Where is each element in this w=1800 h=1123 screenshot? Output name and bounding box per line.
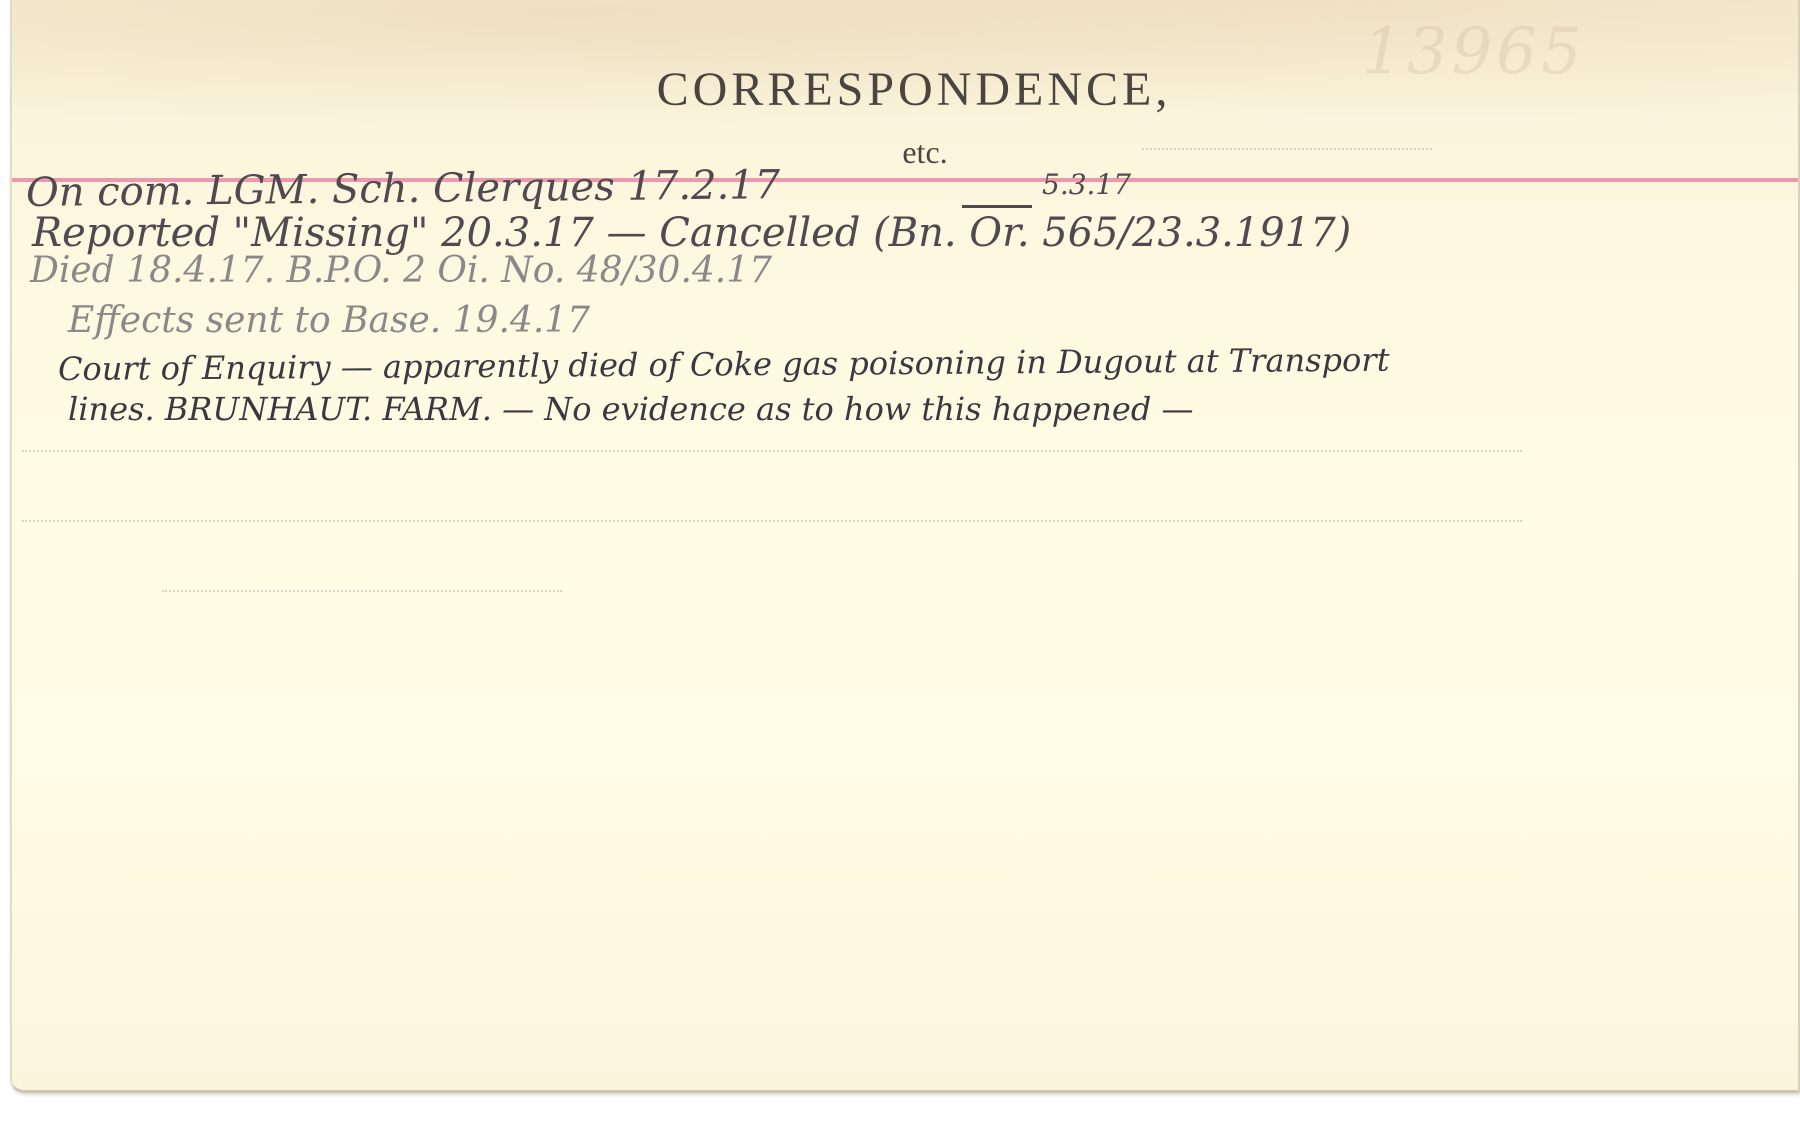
card-subheading: etc. [12,134,1798,171]
entry-court-of-enquiry: Court of Enquiry — apparently died of Co… [58,341,1390,388]
entry-died: Died 18.4.17. B.P.O. 2 Oi. No. 48/30.4.1… [30,250,772,291]
dotted-rule [22,520,1522,522]
entry-attachment: On com. LGM. Sch. Clerques 17.2.17 [26,162,781,216]
entry-court-of-enquiry-continued: lines. BRUNHAUT. FARM. — No evidence as … [68,390,1193,428]
entry-attachment-return-date: 5.3.17 [1042,168,1131,201]
dotted-rule [1142,148,1432,150]
dash-mark [962,205,1032,208]
entry-effects-sent: Effects sent to Base. 19.4.17 [68,300,590,341]
dotted-rule [22,450,1522,452]
dotted-rule [162,590,562,592]
index-card: 13965 CORRESPONDENCE, etc. On com. LGM. … [10,0,1800,1093]
card-heading: CORRESPONDENCE, [12,62,1798,117]
